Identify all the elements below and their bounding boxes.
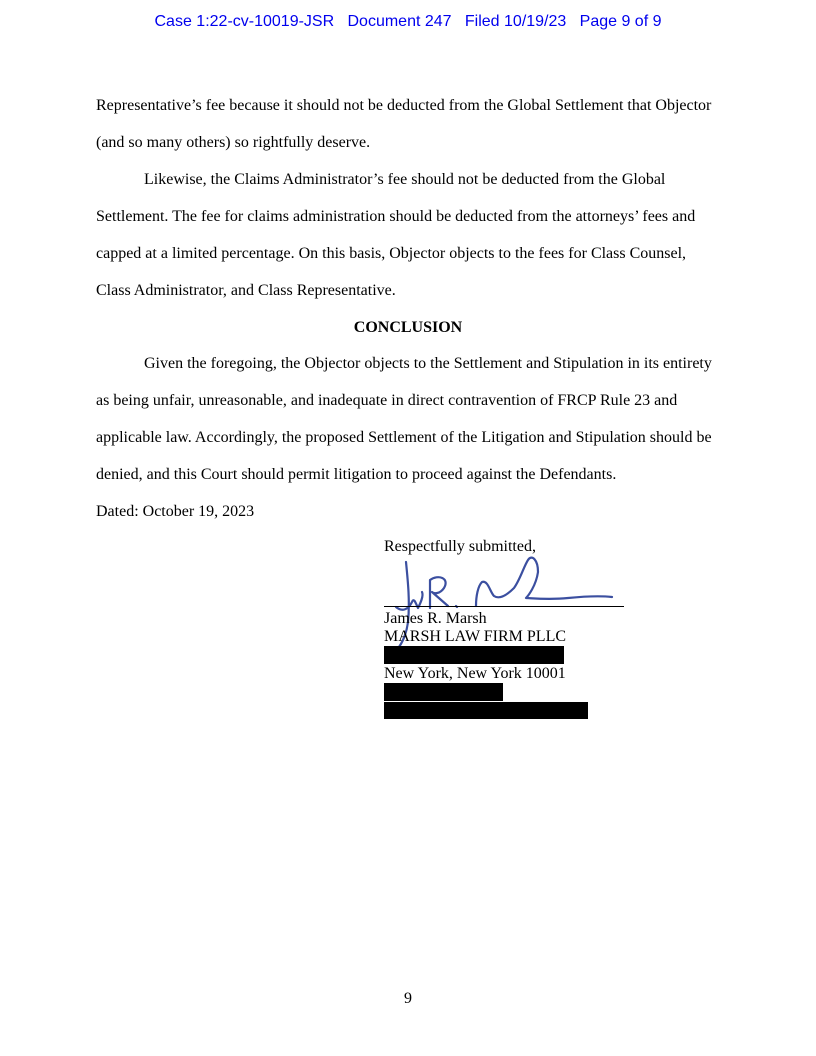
redacted-phone [384,683,503,701]
attorney-name: James R. Marsh [384,610,487,628]
body-line: Representative’s fee because it should n… [96,96,711,116]
redacted-address [384,646,564,664]
city-line: New York, New York 10001 [384,665,566,683]
body-line: Settlement. The fee for claims administr… [96,207,695,227]
body-line: Likewise, the Claims Administrator’s fee… [144,170,665,190]
redacted-email [384,702,588,719]
body-line: capped at a limited percentage. On this … [96,244,686,264]
filed-date: Filed 10/19/23 [465,13,566,30]
body-line: Given the foregoing, the Objector object… [144,354,712,374]
page-indicator: Page 9 of 9 [580,13,662,30]
firm-name: MARSH LAW FIRM PLLC [384,628,566,646]
conclusion-heading: CONCLUSION [0,318,816,338]
body-line: denied, and this Court should permit lit… [96,465,616,485]
body-line: applicable law. Accordingly, the propose… [96,428,712,448]
body-line: Class Administrator, and Class Represent… [96,281,396,301]
body-line: (and so many others) so rightfully deser… [96,133,370,153]
body-line: as being unfair, unreasonable, and inade… [96,391,677,411]
dated-line: Dated: October 19, 2023 [96,502,254,522]
page-number: 9 [0,990,816,1008]
ecf-header: Case 1:22-cv-10019-JSR Document 247 File… [0,13,816,31]
document-number: Document 247 [347,13,451,30]
signature-line [384,606,624,607]
case-number: Case 1:22-cv-10019-JSR [155,13,335,30]
